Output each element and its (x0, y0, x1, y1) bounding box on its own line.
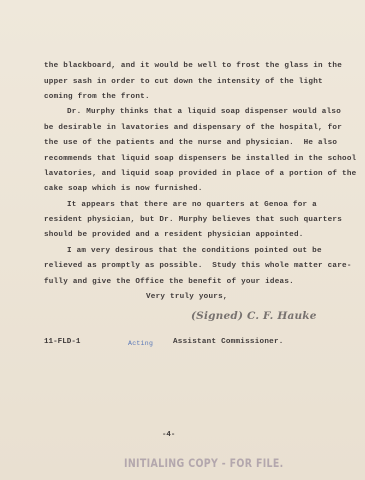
body-line: should be provided and a resident physic… (44, 230, 304, 240)
body-line: Dr. Murphy thinks that a liquid soap dis… (67, 107, 341, 117)
page-number: -4- (162, 431, 175, 439)
body-line: fully and give the Office the benefit of… (44, 277, 294, 287)
reference-code: 11-FLD-1 (44, 338, 80, 346)
body-line: relieved as promptly as possible. Study … (44, 261, 352, 271)
body-line: the blackboard, and it would be well to … (44, 61, 342, 71)
body-line: resident physician, but Dr. Murphy belie… (44, 215, 342, 225)
body-line: cake soap which is now furnished. (44, 184, 203, 194)
acting-annotation: Acting (128, 340, 153, 347)
closing-salutation: Very truly yours, (146, 292, 228, 302)
body-line: I am very desirous that the conditions p… (67, 246, 322, 256)
body-line: coming from the front. (44, 92, 150, 102)
signature: (Signed) C. F. Hauke (191, 310, 317, 322)
body-line: recommends that liquid soap dispensers b… (44, 154, 356, 164)
body-line: upper sash in order to cut down the inte… (44, 77, 323, 87)
body-line: the use of the patients and the nurse an… (44, 138, 337, 148)
body-line: lavatories, and liquid soap provided in … (44, 169, 356, 179)
body-line: It appears that there are no quarters at… (67, 200, 317, 210)
signer-title: Assistant Commissioner. (173, 338, 284, 346)
body-line: be desirable in lavatories and dispensar… (44, 123, 342, 133)
letter-page: the blackboard, and it would be well to … (0, 0, 365, 480)
file-copy-stamp: INITIALING COPY - FOR FILE. (124, 456, 284, 470)
